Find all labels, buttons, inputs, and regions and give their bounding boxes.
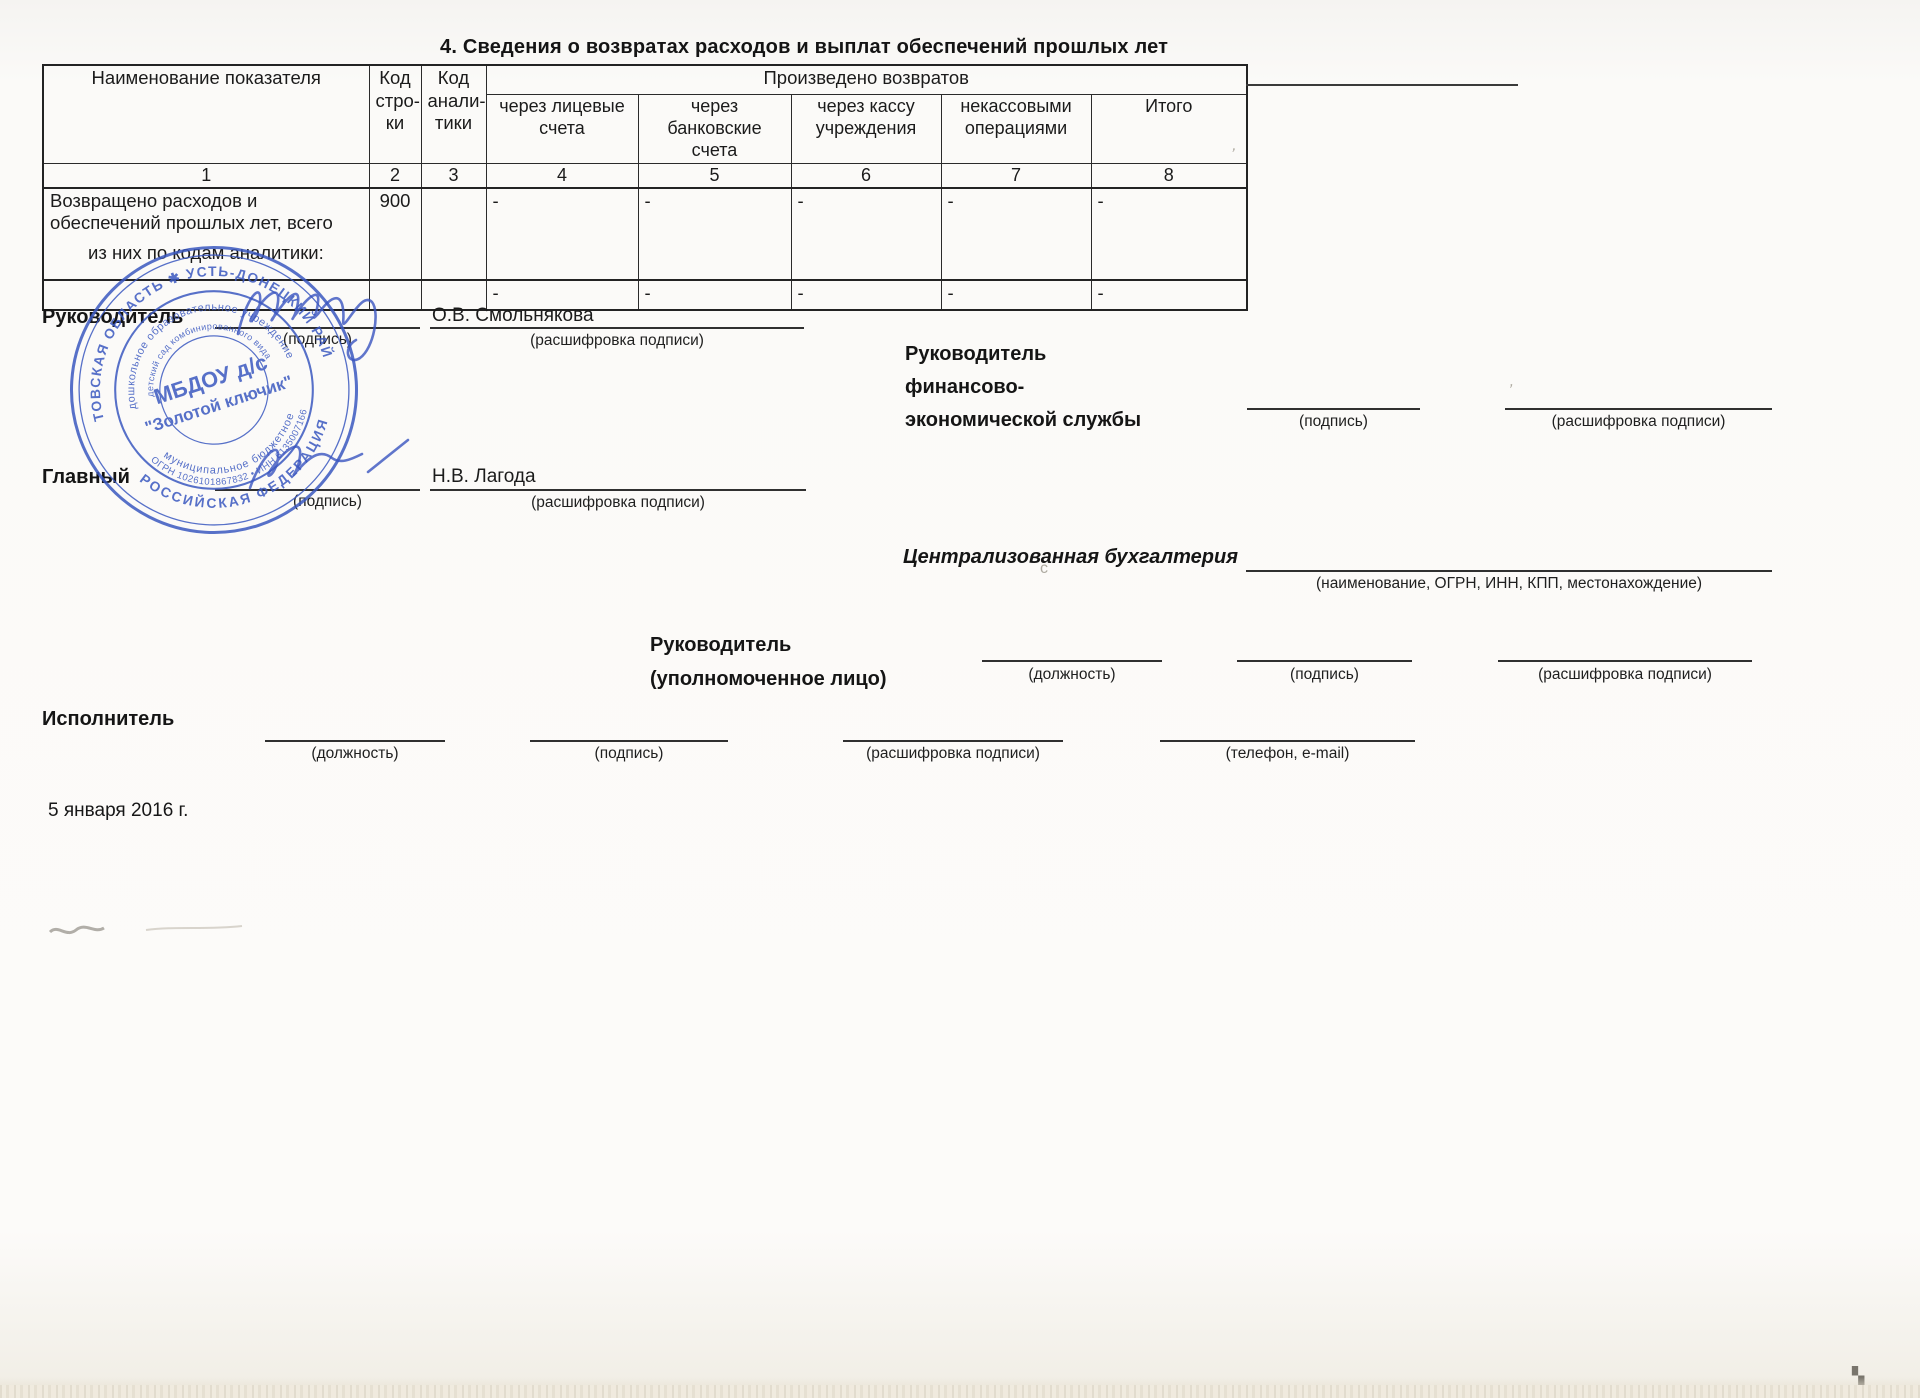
fin-head-name-caption: (расшифровка подписи) [1505,413,1772,431]
report-date: 5 января 2016 г. [48,800,188,822]
fin-head-sign-line [1247,408,1420,410]
row-line-code: 900 [369,188,421,280]
chief-name: Н.В. Лагода [432,466,536,488]
col-num: 7 [941,163,1091,188]
executor-label: Исполнитель [42,708,174,731]
authorized-name-caption: (расшифровка подписи) [1498,666,1752,684]
section-title: 4. Сведения о возвратах расходов и выпла… [440,36,1168,59]
fin-head-name-line [1505,408,1772,410]
row-indicator-text: Возвращено расходов и обеспечений прошлы… [50,190,333,233]
executor-name-caption: (расшифровка подписи) [843,745,1063,763]
scan-speck: c [1040,560,1048,578]
head-handwritten-signature [232,268,462,368]
header-line-code: Код стро- ки [369,65,421,163]
executor-sign-caption: (подпись) [530,745,728,763]
header-bank-accounts: через банковские счета [638,95,791,164]
executor-position-line [265,740,445,742]
scan-bottom-edge [0,1385,1920,1398]
header-group-returns: Произведено возвратов [486,65,1247,95]
head-name-line [430,327,804,329]
fin-head-label: Руководитель финансово- экономической сл… [905,338,1141,437]
value-cell: - [486,188,638,280]
col-num: 2 [369,163,421,188]
header-noncash: некассовыми операциями [941,95,1091,164]
header-cash-office: через кассу учреждения [791,95,941,164]
chief-name-line [430,489,806,491]
value-cell: - [1091,280,1247,310]
col-num: 8 [1091,163,1247,188]
authorized-sign-caption: (подпись) [1237,666,1412,684]
value-cell: - [638,188,791,280]
scan-speck: ’ [1506,382,1514,400]
centralized-line [1246,570,1772,572]
value-cell: - [638,280,791,310]
chief-handwritten-signature [240,426,440,506]
executor-phone-line [1160,740,1415,742]
value-cell: - [941,188,1091,280]
authorized-person-label: Руководитель (уполномоченное лицо) [650,628,887,696]
col-num: 3 [421,163,486,188]
authorized-position-line [982,660,1162,662]
scan-edge-shadow [0,1377,1920,1385]
value-cell: - [1091,188,1247,280]
centralized-accounting-label: Централизованная бухгалтерия [903,546,1238,569]
col-num: 5 [638,163,791,188]
value-cell: - [791,280,941,310]
centralized-caption: (наименование, ОГРН, ИНН, КПП, местонахо… [1246,575,1772,593]
column-numbers-row: 1 2 3 4 5 6 7 8 [43,163,1247,188]
value-cell: - [791,188,941,280]
authorized-name-line [1498,660,1752,662]
table-header-row-1: Наименование показателя Код стро- ки Код… [43,65,1247,95]
chief-name-caption: (расшифровка подписи) [430,494,806,512]
executor-position-caption: (должность) [265,745,445,763]
authorized-position-caption: (должность) [982,666,1162,684]
ruled-line-artifact [1246,84,1518,86]
executor-name-line [843,740,1063,742]
authorized-sign-line [1237,660,1412,662]
header-total: Итого [1091,95,1247,164]
header-analytics-code: Код анали- тики [421,65,486,163]
head-name-caption: (расшифровка подписи) [430,332,804,350]
header-personal-accounts: через лицевые счета [486,95,638,164]
value-cell: - [941,280,1091,310]
row-analytics-code [421,188,486,280]
header-indicator: Наименование показателя [43,65,369,163]
col-num: 6 [791,163,941,188]
executor-sign-line [530,740,728,742]
col-num: 4 [486,163,638,188]
pencil-smudge [46,916,256,946]
col-num: 1 [43,163,369,188]
executor-phone-caption: (телефон, e-mail) [1160,745,1415,763]
fin-head-sign-caption: (подпись) [1247,413,1420,431]
